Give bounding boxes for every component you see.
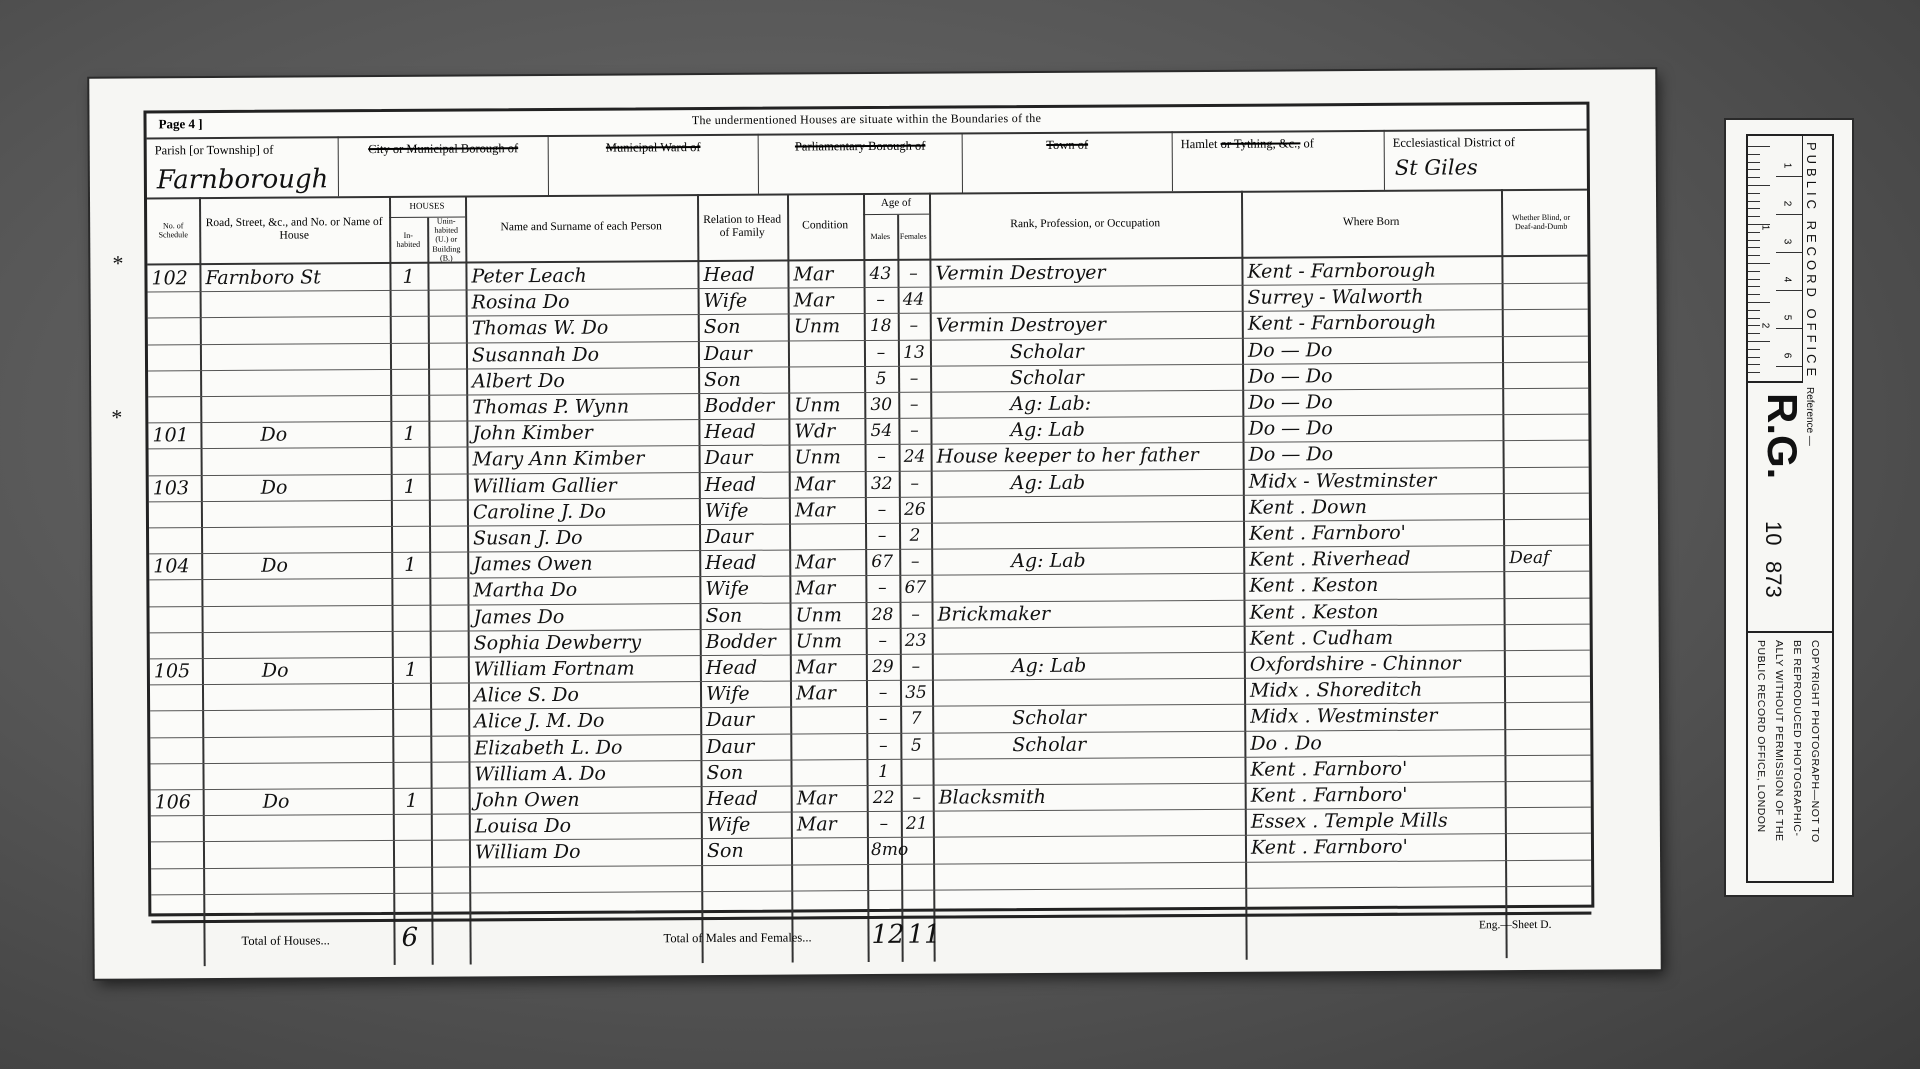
cell-condition: Mar [797,786,861,810]
cell-occupation: Ag: Lab [1011,470,1086,494]
cell-relation: Son [706,760,784,784]
cell-age_m: – [869,524,895,548]
cell-age_f: – [903,550,927,574]
cell-age_f: 26 [903,497,927,521]
cell-name: William Fortnam [474,656,694,681]
measurement-ruler: 12345612 [1748,136,1803,383]
admin-division: Parish [or Township] ofFarnborough [147,136,339,197]
cell-relation: Daur [706,708,784,732]
sheet-footer-note: Eng.—Sheet D. [1479,919,1552,931]
cell-relation: Daur [706,734,784,758]
ruler-cm-tick [1776,176,1802,177]
cell-age_m: 28 [869,602,895,626]
cell-relation: Head [705,472,783,496]
cell-relation: Son [707,839,785,863]
ruler-tick [1748,154,1760,155]
ruler-tick [1748,325,1760,326]
cell-occupation: Scholar [1010,339,1084,363]
ruler-tick [1748,279,1760,280]
ruler-tick [1748,357,1760,358]
column-header-uninhabited: Unin-habited (U.) or Building (B.) [427,217,465,261]
column-header-born: Where Born [1241,189,1501,257]
ruler-number: 1 [1781,163,1792,169]
cell-age_m: 22 [871,786,897,810]
cell-infirmity: Deaf [1509,546,1577,570]
cell-occupation: Scholar [1010,366,1084,390]
cell-age_m: 30 [868,393,894,417]
cell-relation: Wife [704,289,782,313]
cell-born: Do . Do [1250,730,1498,756]
cell-age_f: – [902,314,926,338]
census-sheet: Page 4 ] The undermentioned Houses are s… [89,69,1660,979]
ruler-tick [1748,177,1760,178]
cell-schedule: 102 [151,266,195,290]
cell-name: James Owen [473,551,693,576]
admin-division-value: Farnborough [157,164,329,195]
ruler-tick [1748,169,1760,170]
cell-born: Essex . Temple Mills [1251,808,1499,834]
cell-age_m: 8mo [871,838,897,862]
ruler-number: 3 [1781,239,1792,245]
cell-occupation: Ag: Lab [1012,654,1087,678]
ruler-tick [1748,349,1760,350]
ruler-tick [1748,310,1760,311]
cell-born: Kent . Farnboro' [1249,520,1497,546]
cell-name: Elizabeth L. Do [474,735,694,760]
reference-box: R.G. Reference — 10 873 [1748,381,1832,633]
admin-division: City or Municipal Borough of [339,135,549,196]
cell-occupation: Vermin Destroyer [936,312,1236,338]
cell-occupation: Brickmaker [937,600,1237,626]
admin-division-label: Hamlet [1181,137,1221,151]
column-header-inhabited: In-habited [389,218,427,262]
ruler-tick [1748,146,1770,147]
cell-age_f: – [905,786,929,810]
column-header-age_m: Males [863,215,897,259]
admin-division: Town of [963,131,1173,192]
cell-age_f: 7 [904,707,928,731]
cell-condition: Mar [793,262,857,286]
cell-age_f: 13 [902,340,926,364]
cell-age_f: 67 [903,576,927,600]
ruler-tick [1748,240,1760,241]
cell-name: Thomas W. Do [472,316,692,341]
cell-age_m: 32 [869,471,895,495]
cell-schedule: 106 [155,790,199,814]
ruler-number: 4 [1781,277,1792,283]
cell-name: John Owen [475,787,695,812]
cell-age_m: 43 [867,262,893,286]
reference-label: Reference — [1804,387,1815,446]
cell-inhabited: 1 [395,553,425,577]
cell-condition: Mar [795,498,859,522]
cell-name: Louisa Do [475,813,695,838]
cell-condition: Unm [796,629,860,653]
cell-name: Alice J. M. Do [474,708,694,733]
cell-relation: Son [704,315,782,339]
cell-relation: Son [704,367,782,391]
cell-age_m: – [868,288,894,312]
cell-schedule: 101 [152,423,196,447]
cell-condition: Unm [795,445,859,469]
cell-age_m: – [869,576,895,600]
cell-relation: Wife [705,498,783,522]
series-number: 10 [1760,521,1786,545]
cell-condition: Mar [795,576,859,600]
cell-age_m: 18 [868,314,894,338]
cell-inhabited: 1 [394,422,424,446]
admin-division-label-struck: or Tything, &c., [1221,136,1301,150]
reference-strip: 12345612 PUBLIC RECORD OFFICE R.G. Refer… [1726,120,1852,895]
cell-age_m: – [871,812,897,836]
cell-born: Kent . Farnboro' [1251,835,1499,861]
ruler-cm-tick [1776,328,1802,329]
cell-inhabited: 1 [393,265,423,289]
reference-strip-frame: 12345612 PUBLIC RECORD OFFICE R.G. Refer… [1746,134,1834,883]
ruler-cm-tick [1776,214,1802,215]
column-header-name: Name and Surname of each Person [465,194,697,261]
copyright-line: BE REPRODUCED PHOTOGRAPHIC- [1788,640,1806,843]
ruler-tick [1748,271,1760,272]
cell-age_m: 29 [870,655,896,679]
ruler-tick [1748,201,1760,202]
admin-division: Ecclesiastical District ofSt Giles [1385,129,1581,190]
cell-born: Do — Do [1248,337,1496,363]
ruler-tick [1748,263,1770,264]
cell-occupation: Ag: Lab [1010,418,1085,442]
cell-age_m: – [870,681,896,705]
cell-name: Caroline J. Do [473,499,693,524]
cell-occupation: Blacksmith [939,784,1239,810]
admin-division: Parliamentary Borough of [759,132,963,193]
admin-division-label: Town of [1046,138,1088,152]
cell-age_m: 54 [868,419,894,443]
cell-condition: Mar [794,288,858,312]
cell-inhabited: 1 [397,789,427,813]
cell-name: William Gallier [473,473,693,498]
ruler-cm-tick [1776,366,1802,367]
ruler-tick [1748,341,1770,342]
total-males-value: 12 [871,920,904,950]
cell-age_f: 24 [903,445,927,469]
cell-relation: Head [703,263,781,287]
cell-address: Do [262,659,289,683]
cell-relation: Wife [707,813,785,837]
ruler-tick [1748,185,1770,186]
cell-age_f: – [902,393,926,417]
cell-occupation: Vermin Destroyer [935,260,1235,286]
column-group-age: Age of [863,193,929,215]
ruler-tick [1748,247,1760,248]
column-group-houses: HOUSES [389,195,465,217]
cell-age_f: – [903,471,927,495]
cell-name: John Kimber [472,420,692,445]
cell-age_f: 44 [902,288,926,312]
cell-address: Do [260,423,287,447]
column-header-address: Road, Street, &c., and No. or Name of Ho… [199,196,389,263]
cell-relation: Head [707,787,785,811]
cell-name: James Do [473,604,693,629]
cell-relation: Daur [705,446,783,470]
public-record-office-label: PUBLIC RECORD OFFICE [1804,142,1819,380]
column-header-age_f: Females [897,215,929,259]
margin-asterisk: * [112,251,123,277]
boundaries-title: The undermentioned Houses are situate wi… [146,108,1586,132]
cell-relation: Head [704,420,782,444]
copyright-line: ALLY WITHOUT PERMISSION OF THE [1770,640,1788,843]
cell-age_f: 35 [904,681,928,705]
cell-name: Thomas P. Wynn [472,394,692,419]
cell-born: Midx . Shoreditch [1250,677,1498,703]
cell-born: Kent - Farnborough [1247,258,1495,284]
cell-age_m: 1 [870,760,896,784]
ruler-tick [1748,208,1760,209]
cell-schedule: 103 [153,476,197,500]
cell-name: Alice S. Do [474,682,694,707]
ruler-tick [1748,364,1760,365]
cell-name: Albert Do [472,368,692,393]
cell-relation: Daur [705,525,783,549]
cell-name: Peter Leach [471,263,691,288]
ruler-inch-number: 2 [1759,323,1770,329]
cell-age_f: – [902,366,926,390]
row-rule [151,885,1591,895]
cell-age_f: – [904,655,928,679]
cell-relation: Bodder [706,629,784,653]
admin-division-label: of [1300,136,1314,150]
ruler-tick [1748,162,1760,163]
column-header-relation: Relation to Head of Family [697,194,787,261]
admin-division-label: Parliamentary Borough of [795,139,926,154]
cell-address: Do [261,554,288,578]
copyright-line: COPYRIGHT PHOTOGRAPH—NOT TO [1806,640,1824,843]
admin-division: Hamlet or Tything, &c., of [1173,130,1385,191]
total-houses-value: 6 [401,923,418,953]
cell-age_m: – [869,445,895,469]
cell-address: Farnboro St [205,265,383,290]
cell-name: Rosina Do [472,289,692,314]
ruler-inch-number: 1 [1759,225,1770,231]
cell-relation: Daur [704,341,782,365]
cell-born: Do — Do [1248,389,1496,415]
cell-condition: Unm [795,603,859,627]
cell-born: Do — Do [1249,442,1497,468]
total-houses-label: Total of Houses... [241,933,329,949]
ruler-tick [1748,193,1760,194]
cell-schedule: 105 [154,659,198,683]
ruler-tick [1748,232,1760,233]
cell-born: Do — Do [1248,415,1496,441]
cell-name: Mary Ann Kimber [473,447,693,472]
cell-age_f: 23 [904,628,928,652]
cell-condition: Unm [794,314,858,338]
column-header-condition: Condition [787,193,863,259]
cell-occupation: Ag: Lab [1011,549,1086,573]
cell-name: Susannah Do [472,342,692,367]
cell-age_m: 5 [868,367,894,391]
cell-name: Martha Do [473,578,693,603]
admin-division: Municipal Ward of [549,134,759,195]
ruler-tick [1748,294,1760,295]
cell-age_f: 21 [905,812,929,836]
margin-asterisk: * [111,405,122,431]
column-header-schedule: No. of Schedule [147,197,199,263]
class-code: R.G. [1758,393,1806,479]
admin-division-label: Ecclesiastical District of [1393,135,1515,150]
column-header-infirmity: Whether Blind, or Deaf-and-Dumb [1501,189,1581,255]
cell-condition: Wdr [794,419,858,443]
administrative-divisions: Parish [or Township] ofFarnboroughCity o… [147,129,1587,200]
cell-relation: Wife [706,682,784,706]
copyright-notice: COPYRIGHT PHOTOGRAPH—NOT TOBE REPRODUCED… [1752,640,1824,843]
cell-age_f: 5 [904,733,928,757]
cell-born: Kent . Down [1249,494,1497,520]
cell-condition: Unm [794,393,858,417]
census-form: Page 4 ] The undermentioned Houses are s… [143,102,1594,917]
cell-name: Susan J. Do [473,525,693,550]
ruler-number: 6 [1781,353,1792,359]
cell-age_m: – [868,340,894,364]
cell-born: Surrey - Walworth [1248,284,1496,310]
cell-born: Kent . Riverhead [1249,546,1497,572]
cell-occupation: House keeper to her father [937,443,1237,469]
ruler-tick [1748,333,1760,334]
column-header-occupation: Rank, Profession, or Occupation [929,191,1241,259]
ruler-tick [1748,255,1760,256]
cell-inhabited: 1 [395,474,425,498]
admin-division-label: City or Municipal Borough of [368,141,518,156]
cell-born: Do — Do [1248,363,1496,389]
cell-age_f: – [903,602,927,626]
ruler-number: 2 [1781,201,1792,207]
cell-born: Midx . Westminster [1250,704,1498,730]
ruler-tick [1748,302,1770,303]
cell-occupation: Scholar [1012,706,1086,730]
cell-born: Kent . Farnboro' [1250,756,1498,782]
cell-condition: Mar [795,550,859,574]
ruler-cm-tick [1776,290,1802,291]
cell-occupation: Scholar [1012,732,1086,756]
cell-born: Kent . Keston [1249,599,1497,625]
cell-relation: Head [705,551,783,575]
cell-name: William Do [475,839,695,864]
enumeration-table: No. of ScheduleRoad, Street, &c., and No… [147,189,1591,914]
copyright-line: PUBLIC RECORD OFFICE, LONDON [1752,640,1770,843]
cell-condition: Mar [797,812,861,836]
cell-inhabited: 1 [396,658,426,682]
cell-relation: Son [705,603,783,627]
cell-born: Oxfordshire - Chinnor [1250,651,1498,677]
ruler-tick [1748,216,1760,217]
cell-condition: Mar [796,681,860,705]
cell-age_m: 67 [869,550,895,574]
admin-division-value: St Giles [1395,155,1478,180]
cell-age_m: – [870,733,896,757]
cell-condition: Mar [795,472,859,496]
cell-condition: Mar [796,655,860,679]
cell-age_m: – [870,629,896,653]
cell-age_m: – [869,498,895,522]
cell-relation: Wife [705,577,783,601]
cell-age_m: – [870,707,896,731]
cell-name: Sophia Dewberry [474,630,694,655]
total-persons-label: Total of Males and Females... [663,930,811,946]
cell-schedule: 104 [153,554,197,578]
cell-occupation: Ag: Lab: [1010,392,1091,416]
cell-born: Kent . Keston [1249,573,1497,599]
ruler-number: 5 [1781,315,1792,321]
cell-age_f: – [901,262,925,286]
ruler-cm-tick [1776,252,1802,253]
total-females-value: 11 [907,920,940,950]
ruler-tick [1748,286,1760,287]
cell-name: William A. Do [474,761,694,786]
admin-division-label: Municipal Ward of [606,140,701,155]
ruler-tick [1748,372,1760,373]
admin-division-label: Parish [or Township] of [155,143,274,158]
ruler-tick [1748,318,1760,319]
piece-number: 873 [1760,561,1786,598]
cell-born: Kent . Farnboro' [1251,782,1499,808]
cell-born: Midx - Westminster [1249,468,1497,494]
cell-born: Kent - Farnborough [1248,311,1496,337]
cell-address: Do [263,790,290,814]
cell-born: Kent . Cudham [1250,625,1498,651]
cell-age_f: 2 [903,524,927,548]
cell-address: Do [261,475,288,499]
cell-age_f: – [902,419,926,443]
cell-relation: Head [706,656,784,680]
cell-relation: Bodder [704,394,782,418]
